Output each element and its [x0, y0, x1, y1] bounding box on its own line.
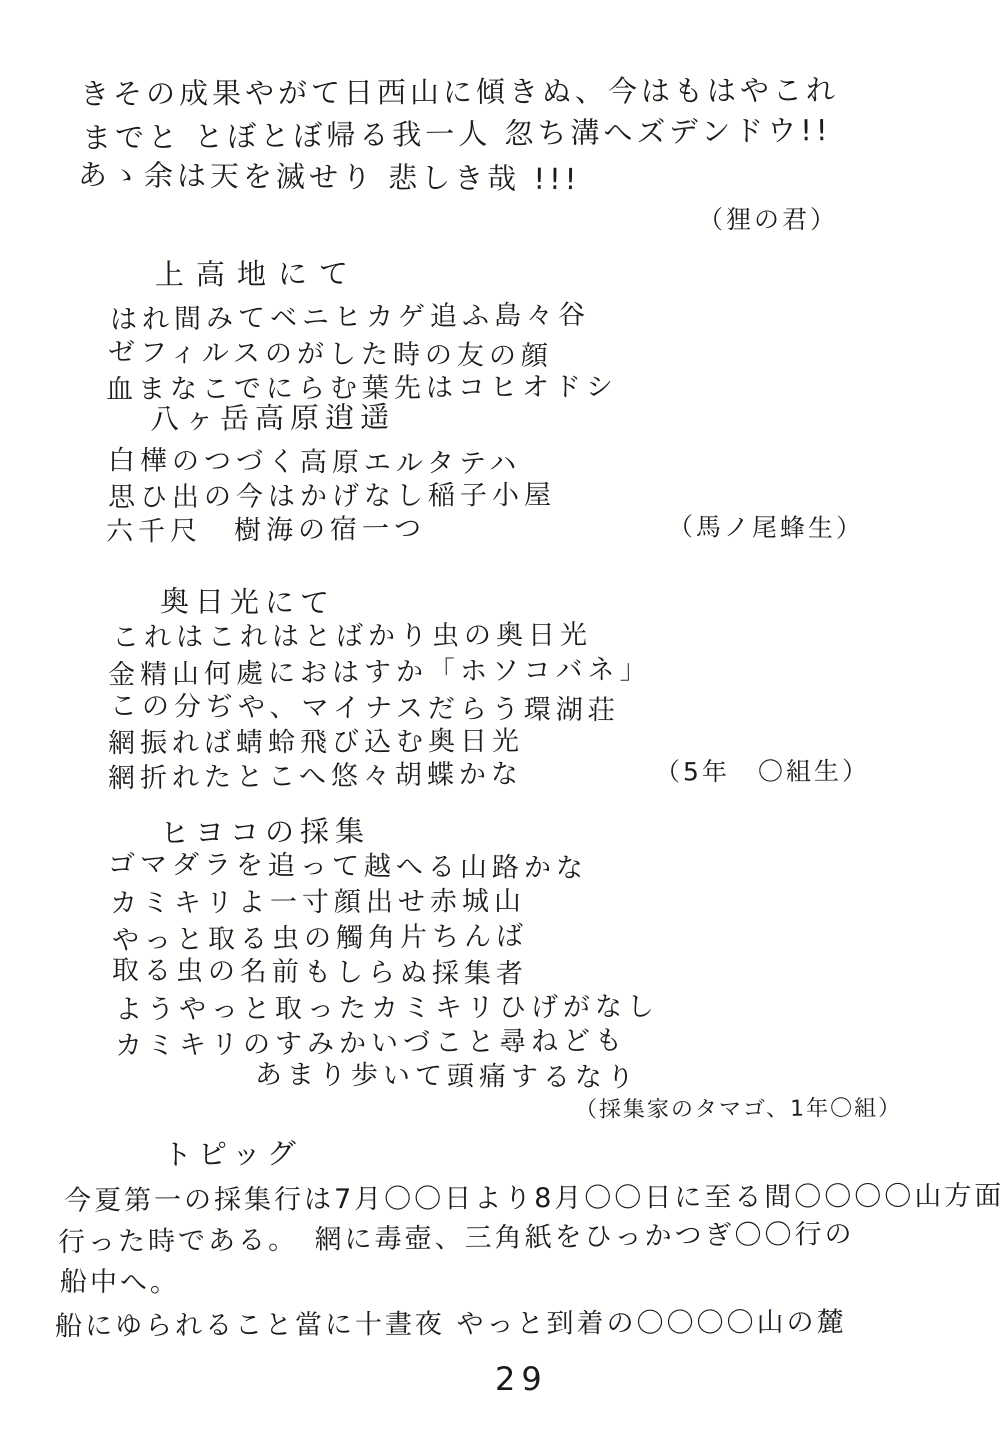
- scanned-page: きその成果やがて日西山に傾きぬ、今はもはやこれ までと とぼとぼ帰る我一人 忽ち…: [0, 0, 1000, 1449]
- attribution: （採集家のタマゴ、1年〇組）: [575, 1091, 902, 1124]
- poem-line: あまり歩いて頭痛するなり: [255, 1052, 639, 1094]
- opening-verse-line: までと とぼとぼ帰る我一人 忽ち溝へズデンドウ!!: [82, 108, 832, 157]
- poem-line: 取る虫の名前もしらぬ採集者: [112, 948, 528, 991]
- prose-line: 今夏第一の採集行は7月〇〇日より8月〇〇日に至る間〇〇〇〇山方面に: [64, 1173, 1000, 1217]
- prose-line: 船中へ。: [60, 1259, 180, 1299]
- opening-verse-line: あゝ余は天を滅せり 悲しき哉 !!!: [78, 153, 581, 198]
- section-title: 八ヶ岳高原逍遥: [150, 395, 395, 439]
- attribution: （5年 〇組生）: [655, 751, 870, 788]
- section-title: トピッグ: [163, 1131, 302, 1173]
- attribution: （狸の君）: [698, 200, 838, 236]
- opening-verse-line: きその成果やがて日西山に傾きぬ、今はもはやこれ: [80, 68, 839, 113]
- section-title: 上高地にて: [155, 251, 360, 293]
- prose-line: 船にゆられること當に十晝夜 やっと到着の〇〇〇〇山の麓: [55, 1300, 847, 1343]
- poem-line: 六千尺 樹海の宿一つ: [106, 506, 426, 548]
- poem-line: 網折れたとこへ悠々胡蝶かな: [108, 752, 523, 795]
- page-number: 29: [495, 1360, 548, 1398]
- attribution: （馬ノ尾蜂生）: [668, 507, 864, 545]
- prose-line: 行った時である。 網に毒壺、三角紙をひっかつぎ〇〇行の: [58, 1212, 855, 1259]
